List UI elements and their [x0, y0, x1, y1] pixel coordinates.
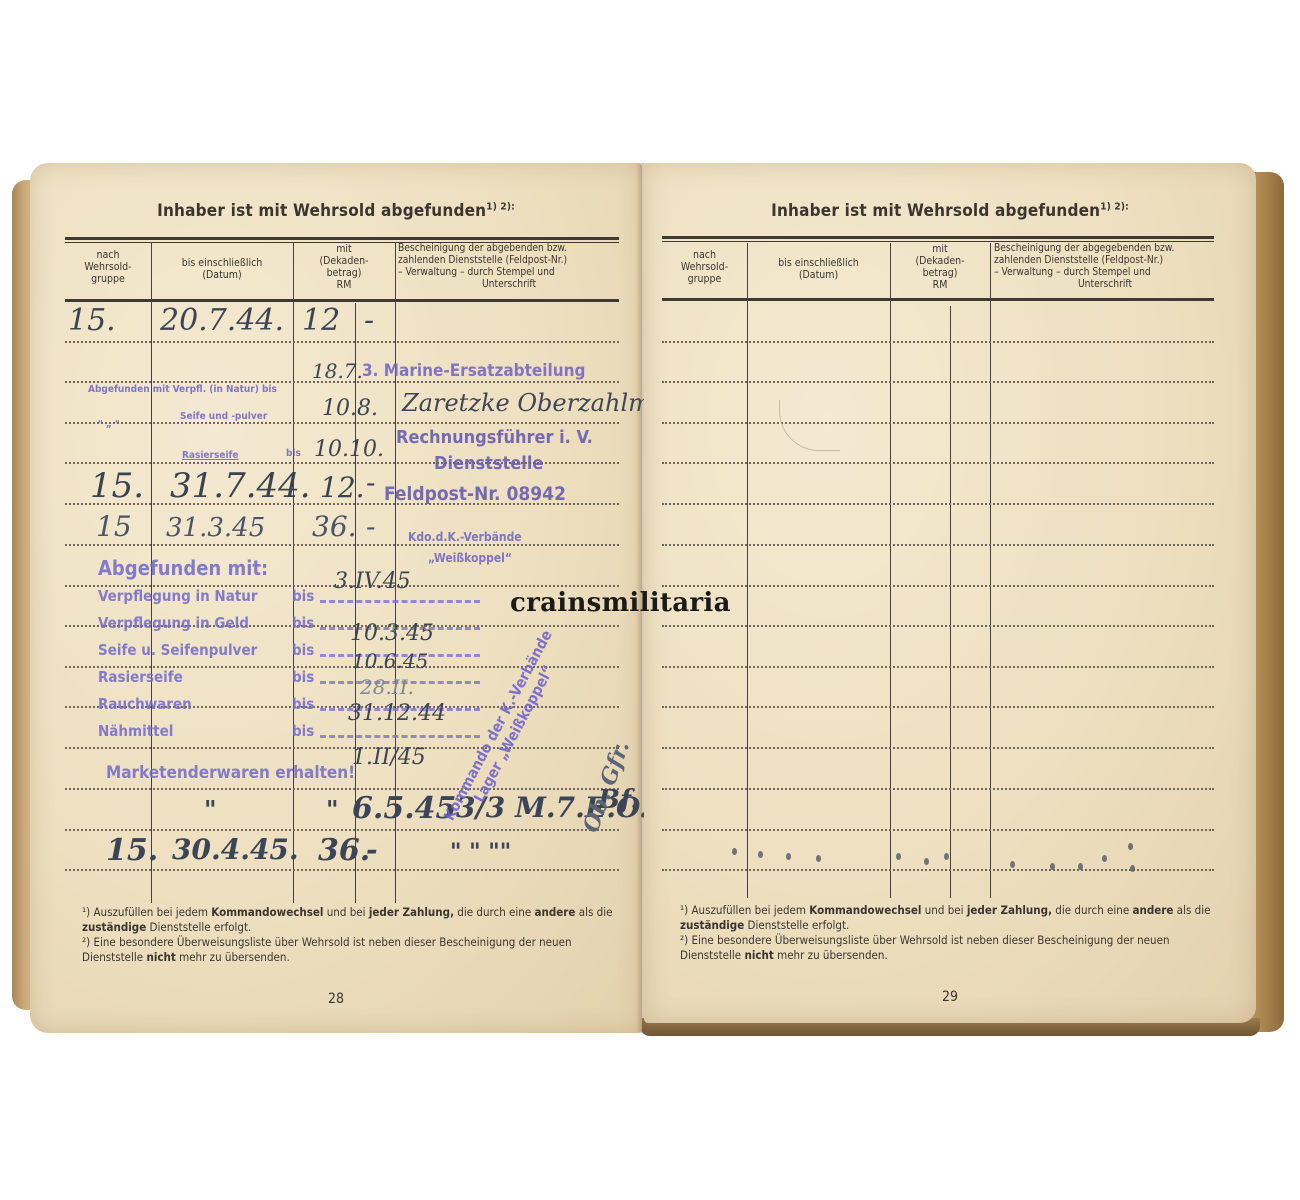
ink-dot — [816, 855, 821, 862]
entry-date: 30.4.45. — [172, 833, 299, 866]
header-wehrsoldgruppe: nach Wehrsold- gruppe — [65, 249, 151, 285]
stamp-line: Abgefunden mit Verpfl. (in Natur) bis — [88, 384, 277, 395]
header-line: Bescheinigung der abgebenden bzw. — [398, 243, 620, 255]
header-line: Wehrsold- — [662, 261, 747, 273]
stamp-item-bis: bis — [292, 614, 314, 632]
header-datum: bis einschließlich (Datum) — [151, 257, 293, 281]
footnote-bold: Kommandowechsel — [211, 905, 323, 919]
footnote-text: als die — [1177, 903, 1211, 917]
table-row-line — [65, 829, 619, 831]
header-line: (Dekaden- — [293, 255, 395, 267]
entry-date: 31.7.44. — [170, 466, 311, 506]
ink-dot — [1102, 855, 1107, 862]
ditto-marks: " " "" — [450, 839, 511, 865]
table-top-rule — [662, 236, 1214, 239]
open-soldbuch: Inhaber ist mit Wehrsold abgefunden1) 2)… — [0, 0, 1300, 1200]
ditto-mark: " — [326, 795, 339, 824]
header-line: Bescheinigung der abgegebenden bzw. — [994, 243, 1216, 255]
header-line: bis einschließlich — [747, 257, 890, 269]
stamp-item-label: Rauchwaren — [98, 695, 192, 713]
stamp-fill-line — [320, 735, 480, 738]
header-line: gruppe — [65, 273, 151, 285]
stamp-line: „Weißkoppel“ — [428, 551, 512, 565]
signature: Zaretzke Oberzahlm. — [402, 389, 659, 417]
table-row-line — [662, 381, 1214, 383]
entry-amount: 36. — [312, 510, 357, 543]
footnote-1: ¹) Auszufüllen bei jedem Kommandowechsel… — [68, 905, 622, 935]
entry-date: 31.3.45 — [166, 513, 265, 543]
stamp-item-value: 3.IV.45 — [334, 569, 411, 594]
stamp-item-value: 10.6.45 — [352, 649, 428, 673]
footnote-text: und bei — [327, 905, 366, 919]
table-top-rule — [65, 237, 619, 240]
header-line: betrag) — [890, 267, 990, 279]
footnote-text: ¹) Auszufüllen bei jedem — [82, 905, 208, 919]
entry-date-handwritten: 6.5.45 — [352, 791, 456, 826]
footnote-2: ²) Eine besondere Überweisungsliste über… — [68, 935, 622, 965]
stamp-item-bis: bis — [292, 722, 314, 740]
header-line: RM — [890, 279, 990, 291]
footnote-text: mehr zu übersenden. — [179, 950, 290, 964]
entry-pf: - — [366, 833, 378, 866]
header-line: nach — [662, 249, 747, 261]
header-line: nach — [65, 249, 151, 261]
ink-dot — [944, 853, 949, 860]
header-line: gruppe — [662, 273, 747, 285]
table-row-line — [662, 788, 1214, 790]
table-top-rule-thin — [662, 241, 1214, 242]
footnote-2: ²) Eine besondere Überweisungsliste über… — [666, 933, 1220, 963]
stamp-item-label: Seife u. Seifenpulver — [98, 641, 257, 659]
footnote-bold: jeder Zahlung, — [369, 905, 454, 919]
stamp-item-bis: bis — [292, 587, 314, 605]
stamp-bis: bis — [286, 448, 301, 459]
ink-dot — [1078, 863, 1083, 870]
entry-group: 15. — [90, 466, 144, 506]
header-line: zahlenden Dienststelle (Feldpost-Nr.) — [398, 255, 620, 267]
footnote-text: Dienststelle erfolgt. — [748, 918, 850, 932]
footnote-text: die durch eine — [1055, 903, 1129, 917]
ink-dot — [786, 853, 791, 860]
table-row-line — [662, 503, 1214, 505]
stamp-line: Seife und -pulver — [180, 411, 267, 422]
entry-pf: - — [366, 466, 375, 499]
footnote-1: ¹) Auszufüllen bei jedem Kommandowechsel… — [666, 903, 1220, 933]
entry-amount: 12 — [302, 303, 340, 338]
table-row-line — [65, 341, 619, 343]
header-bottom-rule — [65, 299, 619, 302]
footnote-text: und bei — [925, 903, 964, 917]
watermark: crainsmilitaria — [510, 588, 731, 618]
footnote-bold: Kommandowechsel — [809, 903, 921, 917]
header-line: (Dekaden- — [890, 255, 990, 267]
stamp-line: Kdo.d.K.-Verbände — [408, 530, 522, 544]
header-line: Wehrsold- — [65, 261, 151, 273]
table-row-line — [65, 422, 619, 424]
page-number: 28 — [30, 991, 642, 1007]
ink-dot — [1128, 843, 1133, 850]
table-row-line — [65, 747, 619, 749]
table-row-line — [662, 829, 1214, 831]
footnote-text: ¹) Auszufüllen bei jedem — [680, 903, 806, 917]
footnote-text: als die — [579, 905, 613, 919]
stamp-item-value: 31.12.44 — [348, 701, 446, 726]
entry-pf: - — [364, 303, 374, 338]
header-datum: bis einschließlich (Datum) — [747, 257, 890, 281]
table-row-line — [65, 788, 619, 790]
column-subdivider — [950, 306, 951, 898]
table-row-line — [662, 341, 1214, 343]
stamp-marketender-value: 1.II/45 — [352, 745, 426, 770]
header-bottom-rule — [662, 298, 1214, 301]
header-wehrsoldgruppe: nach Wehrsold- gruppe — [662, 249, 747, 285]
table-row-line — [65, 869, 619, 871]
header-line: RM — [293, 279, 395, 291]
table-row-line — [662, 462, 1214, 464]
entry-date: 20.7.44. — [160, 303, 284, 338]
stamp-unit: 3. Marine-Ersatzabteilung — [362, 361, 586, 381]
table-row-line — [662, 706, 1214, 708]
table-row-line — [662, 625, 1214, 627]
ink-dot — [732, 848, 737, 855]
footnotes: ¹) Auszufüllen bei jedem Kommandowechsel… — [666, 903, 1220, 963]
footnote-bold: jeder Zahlung, — [967, 903, 1052, 917]
header-line: betrag) — [293, 267, 395, 279]
stamp-item-value: 28.II. — [360, 675, 414, 699]
header-line: bis einschließlich — [151, 257, 293, 269]
ink-dot — [1010, 861, 1015, 868]
header-line: (Datum) — [747, 269, 890, 281]
header-line: – Verwaltung – durch Stempel und — [398, 267, 620, 279]
stamp-item-label: Rasierseife — [98, 668, 183, 686]
header-betrag: mit (Dekaden- betrag) RM — [293, 243, 395, 291]
footnote-bold: nicht — [146, 950, 175, 964]
stamp-office: Dienststelle — [434, 453, 543, 474]
header-line: mit — [293, 243, 395, 255]
table-row-line — [662, 585, 1214, 587]
ink-dot — [758, 851, 763, 858]
stamp-role: Rechnungsführer i. V. — [396, 427, 593, 448]
table-row-line — [662, 666, 1214, 668]
stamp-value: 10.8. — [322, 396, 378, 421]
table-row-line — [65, 544, 619, 546]
stamp-fill-line — [320, 600, 480, 603]
stamp-item-label: Nähmittel — [98, 722, 173, 740]
ink-dot — [924, 858, 929, 865]
header-bescheinigung: Bescheinigung der abgegebenden bzw. zahl… — [994, 243, 1216, 291]
ink-dot — [896, 853, 901, 860]
entry-amount: 12. — [320, 471, 365, 504]
header-line: Unterschrift — [994, 279, 1216, 291]
footnotes: ¹) Auszufüllen bei jedem Kommandowechsel… — [68, 905, 622, 965]
header-bescheinigung: Bescheinigung der abgebenden bzw. zahlen… — [398, 243, 620, 291]
page-29: Inhaber ist mit Wehrsold abgefunden1) 2)… — [644, 163, 1256, 1023]
stamp-marketender: Marketenderwaren erhalten! — [106, 763, 355, 783]
entry-group: 15. — [68, 303, 116, 338]
footnote-text: mehr zu übersenden. — [777, 948, 888, 962]
footnote-bold: zuständige — [82, 920, 146, 934]
header-line: mit — [890, 243, 990, 255]
footnote-bold: nicht — [744, 948, 773, 962]
entry-pf: - — [366, 510, 375, 543]
ditto-mark: " „ " — [98, 419, 120, 430]
stamp-feldpost: Feldpost-Nr. 08942 — [384, 483, 566, 505]
ink-dot — [1050, 863, 1055, 870]
header-line: – Verwaltung – durch Stempel und — [994, 267, 1216, 279]
stamp-item-bis: bis — [292, 695, 314, 713]
header-line: Unterschrift — [398, 279, 620, 291]
stamp-value: 10.10. — [314, 437, 384, 462]
stamp-item-value: 10.3.45 — [350, 621, 434, 646]
entry-group: 15 — [96, 510, 132, 543]
stamp-item-label: Verpflegung in Natur — [98, 587, 258, 605]
stamp-item-bis: bis — [292, 668, 314, 686]
table-row-line — [662, 747, 1214, 749]
stamp-item-bis: bis — [292, 641, 314, 659]
footnote-text: die durch eine — [457, 905, 531, 919]
header-line: (Datum) — [151, 269, 293, 281]
entry-amount: 36. — [318, 833, 370, 868]
footnote-bold: andere — [535, 905, 576, 919]
header-line: zahlenden Dienststelle (Feldpost-Nr.) — [994, 255, 1216, 267]
entry-group: 15. — [106, 833, 158, 868]
header-betrag: mit (Dekaden- betrag) RM — [890, 243, 990, 291]
footnote-bold: zuständige — [680, 918, 744, 932]
table-row-line — [662, 544, 1214, 546]
stamp-item-label: Verpflegung in Geld — [98, 614, 249, 632]
stamp-line: Rasierseife — [182, 450, 239, 461]
page-number: 29 — [644, 989, 1256, 1005]
table-row-line — [662, 422, 1214, 424]
footnote-bold: andere — [1133, 903, 1174, 917]
stamp-heading: Abgefunden mit: — [98, 556, 268, 580]
stamp-value: 18.7. — [312, 359, 363, 383]
ink-dot — [1130, 865, 1135, 872]
footnote-text: Dienststelle erfolgt. — [150, 920, 252, 934]
ditto-mark: " — [204, 795, 217, 824]
